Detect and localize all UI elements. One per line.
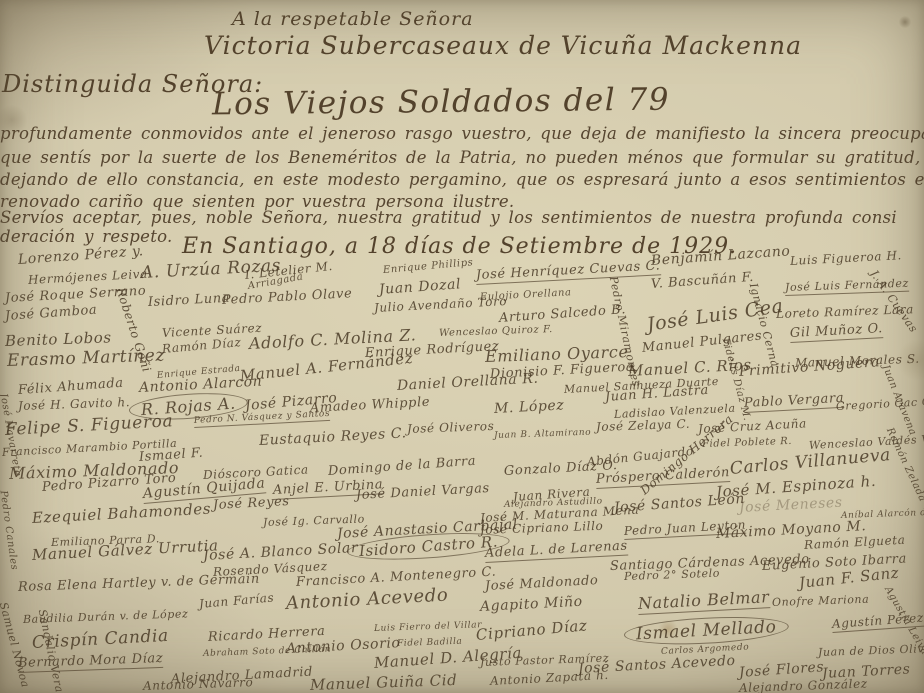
- signature: Benito Lobos: [4, 328, 111, 350]
- signature: José H. Gavito h.: [18, 395, 131, 413]
- signature: Pablo Vergara: [743, 391, 844, 413]
- signature: Gil Muñoz O.: [790, 322, 884, 344]
- signature: Benjamín Lazcano: [651, 243, 792, 269]
- signature: Daniel Orellana R.: [397, 371, 539, 394]
- signature: Arturo Salcedo B.: [498, 302, 626, 326]
- signature: Juan de Dios Olivares: [818, 641, 924, 659]
- signature: Domingo de la Barra: [327, 453, 476, 478]
- signature: Gregorio Gac Castillo: [836, 393, 924, 413]
- signature: Manuel Guiña Cid: [309, 671, 457, 693]
- signature: Loreto Ramírez Lara: [776, 302, 914, 321]
- signature: José Reyes: [212, 494, 289, 513]
- signature: Bernardo Mora Díaz: [18, 650, 164, 672]
- signature: José Henríquez Cuevas C.: [475, 259, 660, 286]
- signature: V. Bascuñán F.: [651, 270, 755, 292]
- signature: Pedro 2° Sotelo: [623, 566, 719, 582]
- signature-field: Lorenzo Pérez y.Hermójenes LeivaJosé Roq…: [0, 0, 924, 693]
- signature: Onofre Mariona: [771, 593, 869, 609]
- signature: Rosa Elena Hartley v. de Germain: [18, 572, 260, 595]
- signature: Luis Figueroa H.: [790, 248, 903, 268]
- signature: Juan Farías: [198, 591, 274, 612]
- signature: José Flores: [739, 659, 825, 681]
- parchment-document: A la respetable Señora Victoria Subercas…: [0, 0, 924, 693]
- signature: Antonio Navarro: [143, 675, 254, 693]
- signature: Wenceslao Quiroz F.: [439, 324, 553, 339]
- signature: Ezequiel Bahamondes: [32, 500, 212, 527]
- signature: Juan B. Altamirano: [494, 428, 592, 441]
- signature: Luis Fierro del Villar: [374, 621, 482, 635]
- signature: Manuel A. Fernández: [239, 349, 414, 385]
- signature: Eustaquio Reyes C.: [258, 425, 406, 449]
- signature: Fidel Badilla: [397, 637, 463, 649]
- signature: Antonio Zapata h.: [489, 668, 608, 688]
- signature: M. López: [494, 398, 565, 418]
- signature: Pedro Canales: [0, 490, 19, 571]
- signature: Juan Dozal: [378, 276, 461, 298]
- signature: Pedro Pablo Olave: [221, 286, 352, 308]
- signature: Felipe S. Figueroa: [4, 411, 173, 440]
- signature: Enrique Phillips: [383, 258, 474, 277]
- signature: Cipriano Díaz: [475, 617, 588, 645]
- signature: José Zelaya C.: [596, 417, 691, 434]
- signature: José Oliveros: [406, 419, 494, 436]
- signature: Lorenzo Pérez y.: [18, 243, 145, 268]
- signature: Ismael Mellado: [623, 613, 789, 648]
- signature: Isidro Luna: [147, 290, 230, 309]
- signature: José Maldonado: [485, 573, 599, 594]
- signature: Agapito Miño: [480, 594, 584, 615]
- signature: Natalio Belmar: [637, 587, 769, 615]
- signature: José Gamboa: [4, 303, 97, 324]
